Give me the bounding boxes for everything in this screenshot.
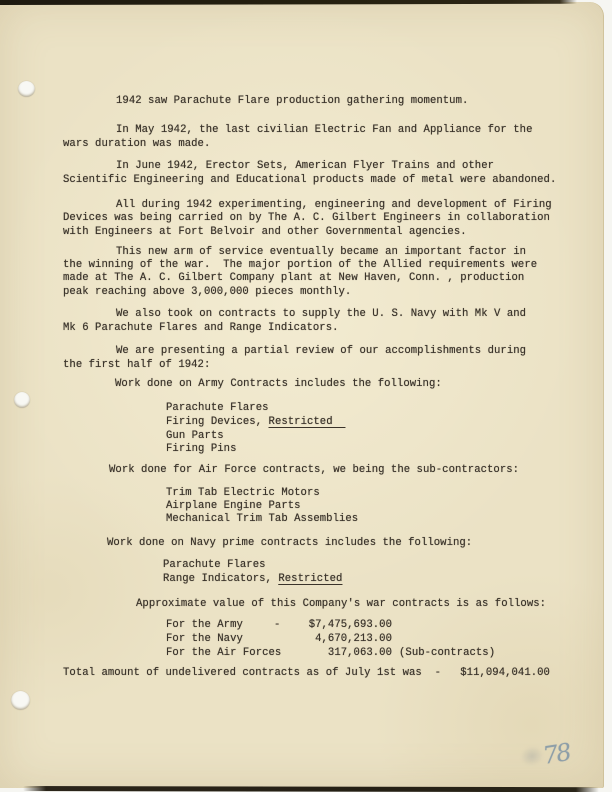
document-line: We are presenting a partial review of ou… (116, 345, 526, 358)
document-body: Approximate value of this Company's war … (0, 0, 604, 786)
document-line: with Engineers at Fort Belvoir and other… (63, 226, 467, 239)
contract-note: (Sub-contracts) (399, 647, 495, 660)
document-line: Gun Parts (166, 430, 224, 443)
document-line: the first half of 1942: (63, 359, 210, 372)
document-line: In May 1942, the last civilian Electric … (116, 124, 532, 137)
document-line: Work done on Navy prime contracts includ… (107, 537, 472, 550)
document-line: made at The A. C. Gilbert Company plant … (63, 272, 524, 285)
document-line: Approximate value of this Company's war … (136, 598, 546, 611)
contract-value-row: For the Air Forces317,063.00(Sub-contrac… (166, 647, 526, 660)
document-line: Parachute Flares (166, 402, 269, 415)
contract-values-table: For the Army-$7,475,693.00For the Navy4,… (166, 619, 526, 663)
document-line: Devices was being carried on by The A. C… (63, 212, 550, 225)
dash-separator: - (274, 619, 280, 632)
contract-amount: 317,063.00 (296, 647, 392, 660)
contract-branch-label: For the Army (166, 619, 243, 632)
document-line: Firing Pins (166, 443, 236, 456)
line-text: Range Indicators, (163, 573, 278, 585)
document-line: Scientific Engineering and Educational p… (63, 174, 556, 187)
document-line: peak reaching above 3,000,000 pieces mon… (63, 286, 351, 299)
contract-value-row: For the Navy4,670,213.00 (166, 633, 526, 646)
contract-amount: $7,475,693.00 (296, 619, 392, 632)
contract-branch-label: For the Navy (166, 633, 243, 646)
document-line: All during 1942 experimenting, engineeri… (116, 199, 552, 212)
restricted-underlined-text: Restricted (278, 573, 342, 585)
document-line: the winning of the war. The major portio… (63, 259, 537, 272)
document-line: Mechanical Trim Tab Assemblies (166, 513, 358, 526)
document-line: Work done for Air Force contracts, we be… (109, 464, 519, 477)
scan-edge-bottom (23, 786, 599, 792)
document-line: Airplane Engine Parts (166, 500, 301, 513)
scanned-page-canvas: Approximate value of this Company's war … (0, 0, 612, 792)
document-line: wars duration was made. (63, 138, 210, 151)
document-line: In June 1942, Erector Sets, American Fly… (116, 160, 494, 173)
contract-value-row: For the Army-$7,475,693.00 (166, 619, 526, 632)
document-line: Work done on Army Contracts includes the… (115, 378, 442, 391)
restricted-underlined-text: Restricted (269, 416, 346, 428)
document-line-underlined: Firing Devices, Restricted (166, 416, 345, 429)
contract-branch-label: For the Air Forces (166, 647, 281, 660)
document-line-underlined: Range Indicators, Restricted (163, 573, 342, 586)
document-line: Parachute Flares (163, 559, 266, 572)
total-undelivered-line: Total amount of undelivered contracts as… (63, 667, 550, 680)
document-line: 1942 saw Parachute Flare production gath… (116, 95, 468, 108)
line-text: Firing Devices, (166, 416, 269, 428)
document-line: Mk 6 Parachute Flares and Range Indicato… (63, 322, 339, 335)
document-line: Trim Tab Electric Motors (166, 487, 320, 500)
contract-amount: 4,670,213.00 (296, 633, 392, 646)
document-line: This new arm of service eventually becam… (116, 246, 526, 259)
document-line: We also took on contracts to supply the … (116, 308, 526, 321)
handwritten-page-number: 78 (541, 738, 572, 770)
